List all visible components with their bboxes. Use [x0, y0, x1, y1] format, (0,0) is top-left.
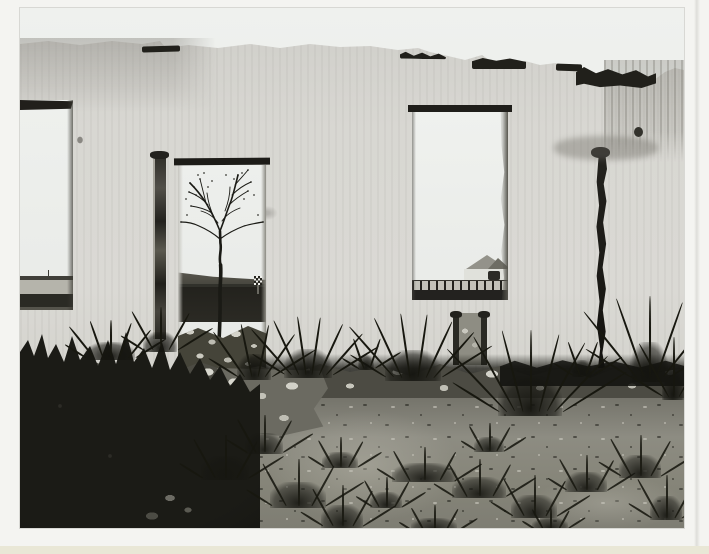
ground-tuft — [368, 478, 404, 508]
wall-stain — [554, 136, 658, 160]
ground-tuft — [530, 508, 570, 528]
ground-tuft — [318, 486, 366, 528]
plant — [492, 328, 568, 416]
weathered-post-cap — [150, 151, 169, 159]
ground-tuft — [242, 416, 286, 454]
left-window-opening — [20, 100, 73, 310]
left-window-sill — [20, 307, 73, 310]
wall-hole — [634, 127, 643, 137]
photograph — [20, 8, 684, 528]
mat-crease — [694, 0, 700, 554]
doorway-lintel — [174, 158, 270, 166]
plant — [140, 308, 180, 352]
dark-field-band — [412, 290, 508, 300]
plant — [660, 338, 684, 400]
plant — [570, 341, 594, 377]
plant — [234, 324, 274, 380]
right-window-opening — [412, 112, 508, 300]
right-window-jamb — [412, 112, 416, 300]
niche-post-cap — [478, 311, 490, 318]
distant-field — [20, 280, 73, 294]
plant — [356, 338, 376, 370]
ground-tuft — [320, 438, 360, 468]
ground-tuft — [616, 436, 664, 478]
ground-tuft — [648, 476, 684, 520]
ground-tuft — [448, 460, 510, 498]
ground-tuft — [472, 424, 506, 452]
wall-top-debris — [556, 64, 582, 72]
plant — [280, 316, 336, 378]
wall-top-debris — [472, 58, 526, 69]
dark-field-band — [20, 294, 73, 307]
niche-post-cap — [450, 311, 462, 318]
plant — [380, 313, 446, 381]
ground-tuft — [408, 506, 460, 528]
left-window-lintel — [20, 100, 73, 110]
ground-tuft — [562, 456, 610, 492]
mat-bottom-edge — [0, 546, 709, 554]
left-window-jamb — [67, 100, 73, 310]
right-window-lintel — [408, 105, 512, 112]
house-dark-doorway — [488, 271, 500, 280]
photo-mat — [0, 0, 709, 554]
distant-house — [464, 269, 508, 280]
wall-top-debris — [142, 46, 180, 53]
